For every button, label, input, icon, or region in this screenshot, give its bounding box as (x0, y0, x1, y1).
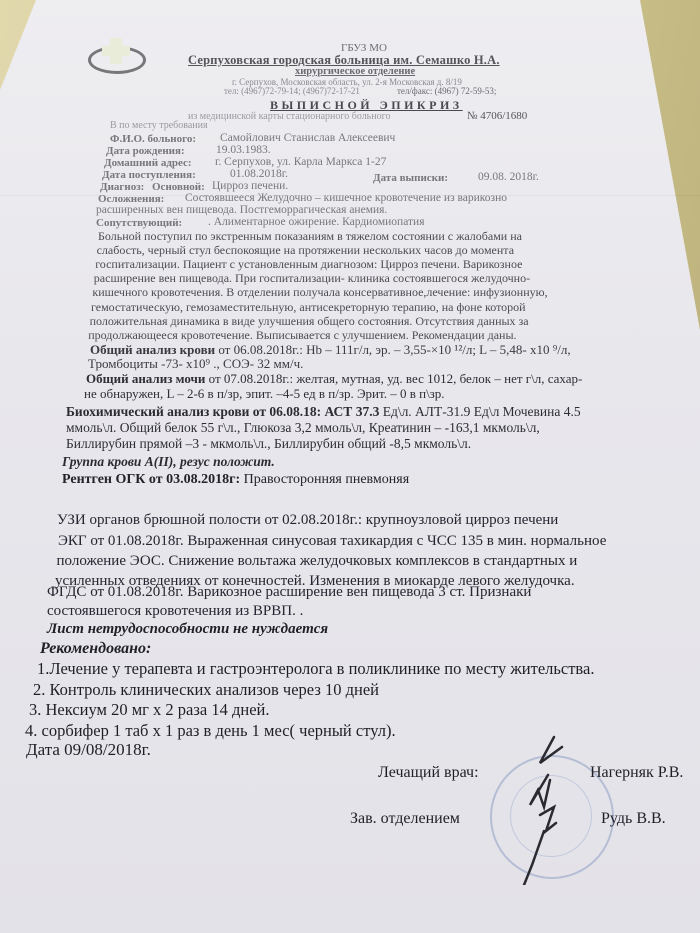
blood-test: Общий анализ крови от 06.08.2018г.: Hb –… (90, 343, 571, 356)
history-line: положительная динамика в виде улучшения … (90, 315, 529, 327)
blood-test-results: от 06.08.2018г.: Hb – 111г/л, эр. – 3,55… (215, 342, 571, 357)
recommendation-item: 1.Лечение у терапевта и гастроэнтеролога… (37, 661, 594, 678)
attending-doctor-name: Нагерняк Р.В. (590, 765, 683, 781)
ultrasound: УЗИ органов брюшной полости от 02.08.201… (57, 513, 558, 528)
ecg-line: ЭКГ от 01.08.2018г. Выраженная синусовая… (58, 534, 606, 549)
patient-name: Самойлович Станислав Алексеевич (220, 133, 395, 145)
history-line: расширение вен пищевода. При госпитализа… (94, 272, 530, 284)
biochem-test: Биохимический анализ крови от 06.08.18: … (66, 405, 581, 419)
history-line: Больной поступил по экстренным показания… (98, 230, 522, 242)
history-line: гемостатическую, гемозаместительную, ант… (91, 301, 526, 313)
destination: В по месту требования (110, 121, 208, 131)
fgds-line: ФГДС от 01.08.2018г. Варикозное расширен… (47, 585, 531, 600)
blood-test-line-2: Тромбоциты -73- x10⁹ ., СОЭ- 32 мм/ч. (88, 357, 303, 370)
complications-text-2: расширенных вен пищевода. Постгеморрагич… (96, 205, 387, 217)
home-address-label: Домашний адрес: (104, 158, 192, 169)
home-address-value: г. Серпухов, ул. Карла Маркса 1-27 (215, 157, 386, 169)
blood-group: Группа крови А(II), резус положит. (62, 455, 275, 469)
department-name: хирургическое отделение (295, 67, 415, 78)
dob-value: 19.03.1983. (216, 145, 271, 157)
head-of-department-name: Рудь В.В. (601, 811, 666, 827)
recommendation-item: 4. сорбифер 1 таб х 1 раз в день 1 мес( … (25, 723, 396, 740)
history-line: госпитализации. Пациент с установленным … (95, 258, 522, 270)
recommendation-item: 3. Нексиум 20 мг х 2 раза 14 дней. (29, 702, 269, 719)
concomitant-label: Сопутствующий: (96, 218, 182, 229)
urine-test-results: от 07.08.2018г.: желтая, мутная, уд. вес… (205, 371, 582, 386)
dob-label: Дата рождения: (106, 146, 185, 157)
logo-cross-bar-icon (102, 46, 130, 56)
xray-label: Рентген ОГК от 03.08.2018г: (62, 472, 240, 487)
signature-icon (510, 735, 580, 885)
document-subtitle: из медицинской карты стационарного больн… (188, 112, 390, 122)
attending-doctor-label: Лечащий врач: (378, 765, 479, 781)
biochem-results: Ед\л. АЛТ-31.9 Ед\л Мочевина 4.5 (379, 404, 580, 419)
urine-test-line-2: не обнаружен, L – 2-6 в п/зр, эпит. –4-5… (84, 387, 445, 400)
biochem-line-2: ммоль\л. Общий белок 55 г\л., Глюкоза 3,… (66, 421, 540, 435)
admission-date-label: Дата поступления: (102, 170, 196, 181)
urine-test-label: Общий анализ мочи (86, 371, 205, 386)
xray: Рентген ОГК от 03.08.2018г: Правосторонн… (62, 473, 409, 487)
main-diagnosis: Цирроз печени. (212, 181, 288, 193)
blood-test-label: Общий анализ крови (90, 342, 215, 357)
complications-text: Состоявшееся Желудочно – кишечное кровот… (185, 193, 507, 205)
recommendation-item: 2. Контроль клинических анализов через 1… (33, 682, 379, 699)
document-title: ВЫПИСНОЙ ЭПИКРИЗ (270, 99, 463, 111)
discharge-date-label: Дата выписки: (373, 173, 448, 184)
patient-name-label: Ф.И.О. больного: (110, 134, 196, 145)
concomitant-text: . Алиментарное ожирение. Кардиомиопатия (208, 217, 424, 229)
document-date: Дата 09/08/2018г. (26, 741, 151, 758)
history-line: кишечного кровотечения. В отделении полу… (92, 286, 547, 298)
discharge-date-value: 09.08. 2018г. (478, 172, 539, 184)
history-line: продолжающееся кровотечение. Выписываетс… (88, 329, 516, 341)
recommended-label: Рекомендовано: (40, 641, 151, 657)
history-line: слабость, черный стул беспокоящие на про… (97, 244, 514, 256)
hospital-name: Серпуховская городская больница им. Сема… (188, 54, 500, 67)
xray-result: Правосторонняя пневмоняя (240, 472, 409, 487)
ecg-line: положение ЭОС. Снижение вольтажа желудоч… (57, 554, 578, 569)
card-number: № 4706/1680 (467, 111, 527, 122)
head-of-department-label: Зав. отделением (350, 811, 460, 827)
diagnosis-label: Диагноз: (100, 182, 144, 193)
biochem-line-3: Биллирубин прямой –3 - мкмоль\л., Биллир… (66, 437, 471, 451)
biochem-label: Биохимический анализ крови от 06.08.18: … (66, 404, 379, 419)
sick-leave-note: Лист нетрудоспособности не нуждается (47, 622, 328, 637)
admission-date-value: 01.08.2018г. (230, 169, 288, 181)
urine-test: Общий анализ мочи от 07.08.2018г.: желта… (86, 372, 582, 385)
fgds-line: состоявшегося кровотечения из ВРВП. . (47, 604, 303, 619)
hospital-phones: тел: (4967)72-79-14; (4967)72-17-21 (224, 87, 360, 96)
hospital-fax: тел/факс: (4967) 72-59-53; (397, 87, 496, 96)
